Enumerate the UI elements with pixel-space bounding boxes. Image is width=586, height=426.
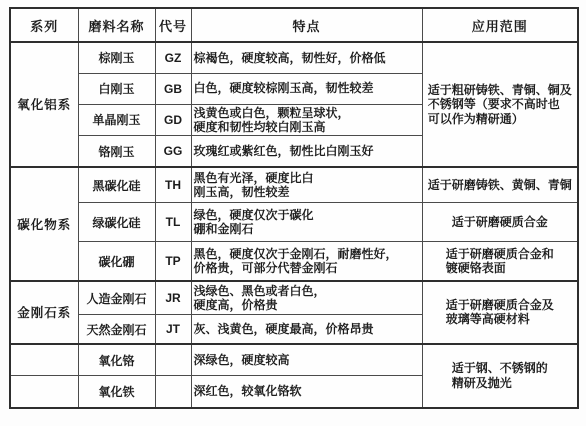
features-text: 深红色，较氧化铬软: [194, 384, 302, 398]
cell-features: 浅绿色、黑色或者白色， 硬度高，价格贵: [191, 281, 422, 315]
cell-series-empty: [10, 344, 78, 376]
cell-features: 绿色，硬度仅次于碳化 硼和金刚石: [191, 203, 422, 242]
features-text: 浅黄色或白色，颗粒呈球状， 硬度和韧性均较白刚玉高: [194, 106, 350, 135]
cell-name: 绿碳化硅: [78, 203, 155, 242]
header-name: 磨料名称: [78, 8, 155, 42]
features-text: 灰、浅黄色，硬度最高，价格昂贵: [194, 322, 374, 336]
abrasive-materials-table: 系列 磨料名称 代号 特点 应用范围 氧化铝系 棕刚玉 GZ 棕褐色，硬度较高，…: [9, 7, 579, 409]
cell-name: 氧化铬: [78, 344, 155, 376]
cell-application: 适于研磨硬质合金: [422, 203, 578, 242]
application-text: 适于粗研铸铁、青铜、铜及 不锈钢等（要求不高时也 可以作为精研通）: [428, 83, 572, 126]
cell-features: 棕褐色，硬度较高，韧性好，价格低: [191, 42, 422, 73]
table-header-row: 系列 磨料名称 代号 特点 应用范围: [10, 8, 578, 42]
cell-application: 适于研磨硬质合金和 镀硬铬表面: [422, 242, 578, 281]
cell-name: 白刚玉: [78, 73, 155, 104]
cell-series-carbide: 碳化物系: [10, 167, 78, 281]
cell-name: 棕刚玉: [78, 42, 155, 73]
header-code: 代号: [155, 8, 191, 42]
cell-features: 玫瑰红或紫红色，韧性比白刚玉好: [191, 136, 422, 167]
cell-code: GB: [155, 73, 191, 104]
cell-name: 黑碳化硅: [78, 167, 155, 203]
cell-name: 碳化硼: [78, 242, 155, 281]
cell-application-diamond: 适于研磨硬质合金及 玻璃等高硬材料: [422, 281, 578, 344]
features-text: 浅绿色、黑色或者白色， 硬度高，价格贵: [194, 284, 326, 313]
cell-series-empty: [10, 376, 78, 408]
application-text: 适于研磨铸铁、黄铜、青铜: [428, 178, 572, 192]
table-row: 绿碳化硅 TL 绿色，硬度仅次于碳化 硼和金刚石 适于研磨硬质合金: [10, 203, 578, 242]
cell-code: TH: [155, 167, 191, 203]
features-text: 玫瑰红或紫红色，韧性比白刚玉好: [194, 144, 374, 158]
cell-code: [155, 376, 191, 408]
cell-code: GG: [155, 136, 191, 167]
cell-code: TL: [155, 203, 191, 242]
cell-series-aluminum-oxide: 氧化铝系: [10, 42, 78, 167]
cell-features: 深绿色，硬度较高: [191, 344, 422, 376]
header-application: 应用范围: [422, 8, 578, 42]
cell-name: 人造金刚石: [78, 281, 155, 315]
features-text: 棕褐色，硬度较高，韧性好，价格低: [194, 51, 386, 65]
cell-name: 铬刚玉: [78, 136, 155, 167]
cell-application-oxide: 适于钢、不锈钢的 精研及抛光: [422, 344, 578, 408]
cell-code: TP: [155, 242, 191, 281]
features-text: 绿色，硬度仅次于碳化 硼和金刚石: [194, 208, 314, 237]
features-text: 深绿色，硬度较高: [194, 353, 290, 367]
application-text: 适于钢、不锈钢的 精研及抛光: [452, 361, 548, 390]
cell-code: GD: [155, 104, 191, 136]
table-row: 氧化铝系 棕刚玉 GZ 棕褐色，硬度较高，韧性好，价格低 适于粗研铸铁、青铜、铜…: [10, 42, 578, 73]
cell-application-aluminum-oxide: 适于粗研铸铁、青铜、铜及 不锈钢等（要求不高时也 可以作为精研通）: [422, 42, 578, 167]
cell-features: 白色，硬度较棕刚玉高，韧性较差: [191, 73, 422, 104]
features-text: 黑色有光泽，硬度比白 刚玉高，韧性较差: [194, 171, 314, 200]
cell-features: 黑色有光泽，硬度比白 刚玉高，韧性较差: [191, 167, 422, 203]
cell-name: 天然金刚石: [78, 315, 155, 344]
cell-features: 浅黄色或白色，颗粒呈球状， 硬度和韧性均较白刚玉高: [191, 104, 422, 136]
features-text: 黑色，硬度仅次于金刚石，耐磨性好， 价格贵，可部分代替金刚石: [194, 247, 398, 276]
table-row: 氧化铬 深绿色，硬度较高 适于钢、不锈钢的 精研及抛光: [10, 344, 578, 376]
features-text: 白色，硬度较棕刚玉高，韧性较差: [194, 81, 374, 95]
cell-code: [155, 344, 191, 376]
table-row: 金刚石系 人造金刚石 JR 浅绿色、黑色或者白色， 硬度高，价格贵 适于研磨硬质…: [10, 281, 578, 315]
table-row: 碳化物系 黑碳化硅 TH 黑色有光泽，硬度比白 刚玉高，韧性较差 适于研磨铸铁、…: [10, 167, 578, 203]
cell-code: GZ: [155, 42, 191, 73]
cell-name: 单晶刚玉: [78, 104, 155, 136]
cell-name: 氧化铁: [78, 376, 155, 408]
header-features: 特点: [191, 8, 422, 42]
cell-features: 深红色，较氧化铬软: [191, 376, 422, 408]
header-series: 系列: [10, 8, 78, 42]
application-text: 适于研磨硬质合金: [452, 215, 548, 229]
cell-features: 灰、浅黄色，硬度最高，价格昂贵: [191, 315, 422, 344]
cell-code: JT: [155, 315, 191, 344]
table-row: 碳化硼 TP 黑色，硬度仅次于金刚石，耐磨性好， 价格贵，可部分代替金刚石 适于…: [10, 242, 578, 281]
cell-application: 适于研磨铸铁、黄铜、青铜: [422, 167, 578, 203]
application-text: 适于研磨硬质合金及 玻璃等高硬材料: [446, 298, 554, 327]
cell-code: JR: [155, 281, 191, 315]
cell-features: 黑色，硬度仅次于金刚石，耐磨性好， 价格贵，可部分代替金刚石: [191, 242, 422, 281]
scanned-document-page: 系列 磨料名称 代号 特点 应用范围 氧化铝系 棕刚玉 GZ 棕褐色，硬度较高，…: [0, 0, 586, 426]
cell-series-diamond: 金刚石系: [10, 281, 78, 344]
application-text: 适于研磨硬质合金和 镀硬铬表面: [446, 247, 554, 276]
